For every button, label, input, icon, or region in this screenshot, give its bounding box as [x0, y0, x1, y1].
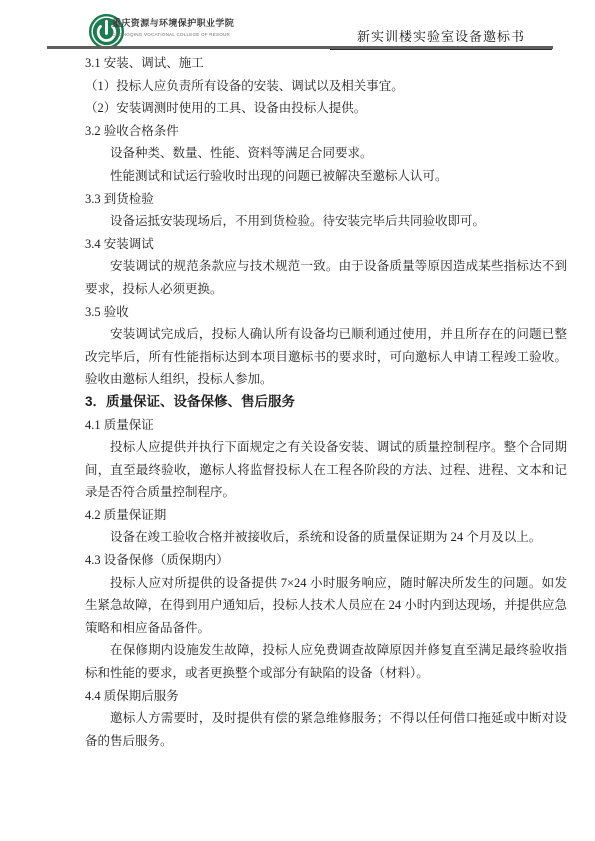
document-page: 重庆资源与环境保护职业学院 CHONGQING VOCATIONAL COLLE… [0, 0, 595, 841]
paragraph: 3.4 安装调试 [85, 233, 567, 256]
paragraph: 投标人应对所提供的设备提供 7×24 小时服务响应，随时解决所发生的问题。如发生… [85, 572, 567, 640]
paragraph: 设备种类、数量、性能、资料等满足合同要求。 [85, 142, 567, 165]
header-rule [47, 46, 553, 49]
paragraph: 3.5 验收 [85, 301, 567, 324]
paragraph: 4.2 质量保证期 [85, 504, 567, 527]
page-header: 重庆资源与环境保护职业学院 CHONGQING VOCATIONAL COLLE… [0, 0, 595, 50]
paragraph: 邀标人方需要时，及时提供有偿的紧急维修服务；不得以任何借口拖延或中断对设备的售后… [85, 707, 567, 752]
paragraph: 安装调试的规范条款应与技术规范一致。由于设备质量等原因造成某些指标达不到要求，投… [85, 255, 567, 300]
paragraph: 性能测试和试运行验收时出现的问题已被解决至邀标人认可。 [85, 165, 567, 188]
school-name-en: CHONGQING VOCATIONAL COLLEGE OF RESOURCE… [112, 32, 230, 37]
paragraph: 投标人应提供并执行下面规定之有关设备安装、调试的质量控制程序。整个合同期间，直至… [85, 436, 567, 504]
paragraph: 3.2 验收合格条件 [85, 120, 567, 143]
paragraph: 3．质量保证、设备保修、售后服务 [85, 391, 567, 414]
paragraph: 4.4 质保期后服务 [85, 685, 567, 708]
paragraph: 3.3 到货检验 [85, 188, 567, 211]
paragraph: 设备运抵安装现场后，不用到货检验。待安装完毕后共同验收即可。 [85, 210, 567, 233]
school-name-block: 重庆资源与环境保护职业学院 CHONGQING VOCATIONAL COLLE… [112, 16, 262, 37]
paragraph: （1）投标人应负责所有设备的安装、调试以及相关事宜。 [85, 75, 567, 98]
paragraph: 设备在竣工验收合格并被接收后，系统和设备的质量保证期为 24 个月及以上。 [85, 526, 567, 549]
document-body: 3.1 安装、调试、施工（1）投标人应负责所有设备的安装、调试以及相关事宜。（2… [85, 52, 567, 752]
paragraph: 安装调试完成后，投标人确认所有设备均已顺利通过使用，并且所存在的问题已整改完毕后… [85, 323, 567, 391]
doc-title: 新实训楼实验室设备邀标书 [357, 29, 525, 44]
school-name-cn: 重庆资源与环境保护职业学院 [112, 16, 262, 29]
paragraph: 在保修期内设施发生故障，投标人应免费调查故障原因并修复直至满足最终验收指标和性能… [85, 639, 567, 684]
paragraph: （2）安装调测时使用的工具、设备由投标人提供。 [85, 97, 567, 120]
paragraph: 4.1 质量保证 [85, 414, 567, 437]
paragraph: 3.1 安装、调试、施工 [85, 52, 567, 75]
paragraph: 4.3 设备保修（质保期内） [85, 549, 567, 572]
